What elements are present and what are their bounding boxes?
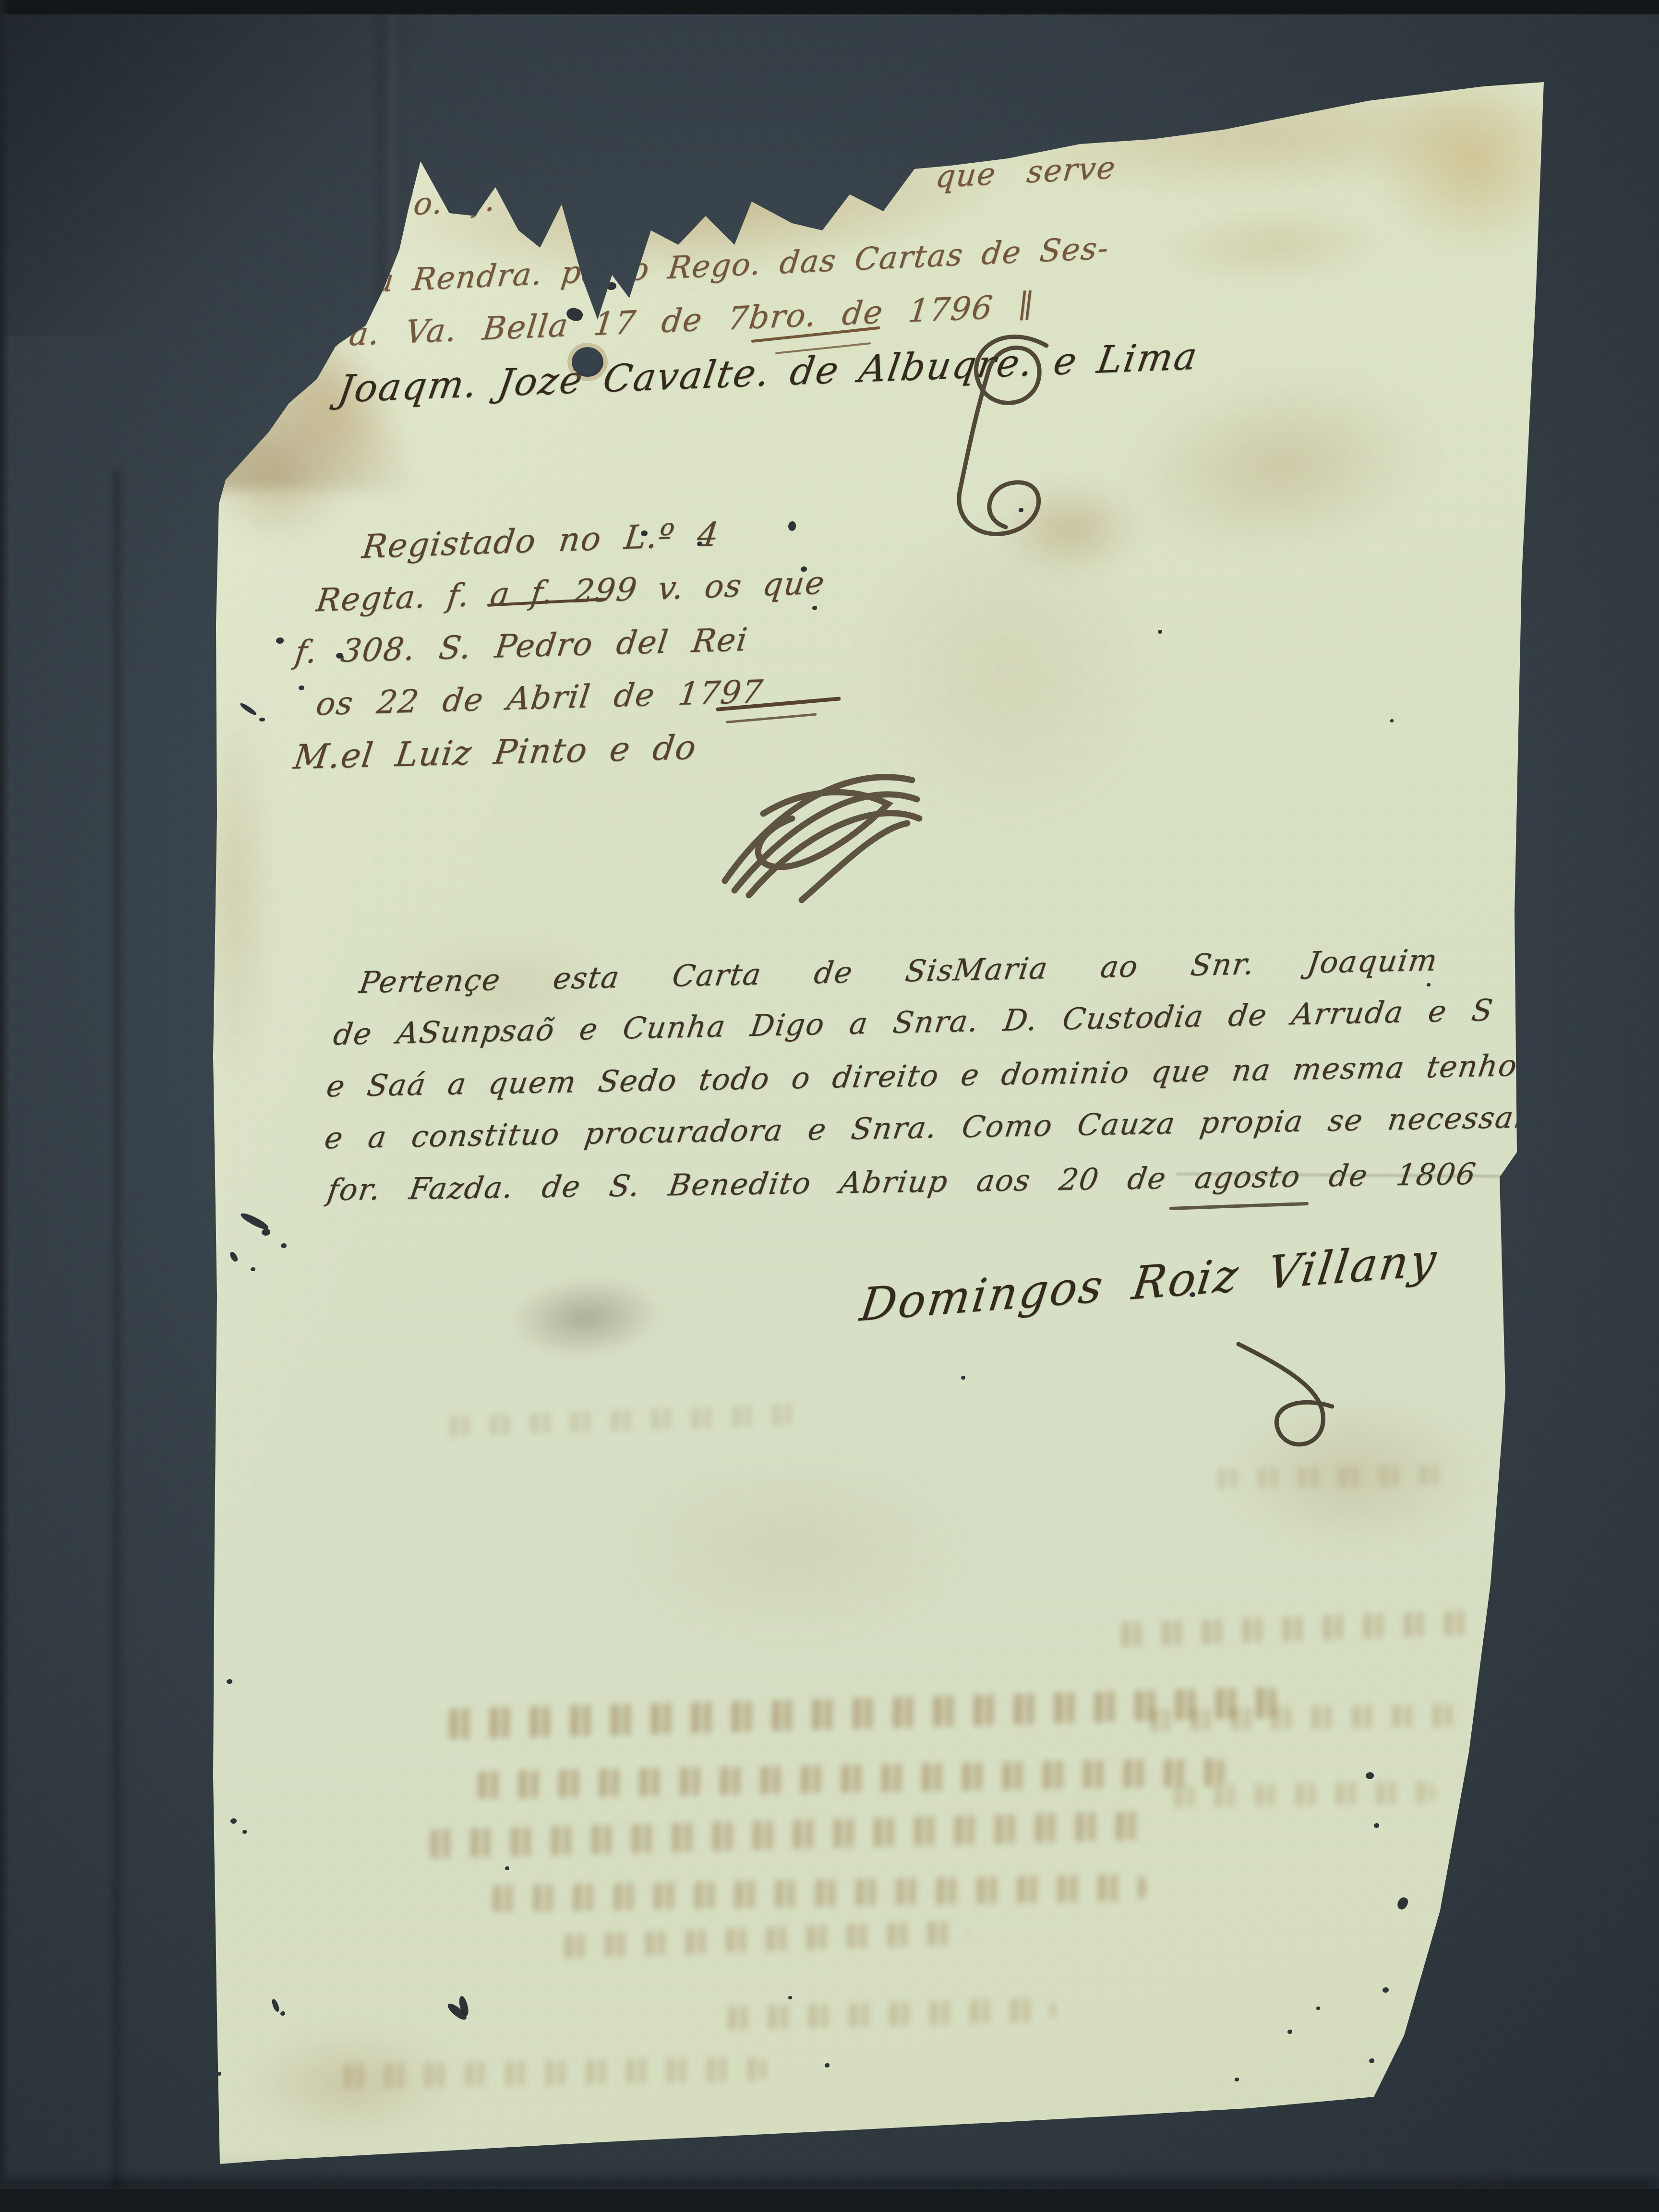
ink-blot <box>262 1229 270 1236</box>
document-photo: Regdo. f. 18 ——— do L. 3.º que serve nes… <box>0 0 1659 2212</box>
ink-blot <box>697 541 702 546</box>
paper-stain <box>505 1270 666 1365</box>
ink-blot <box>271 1998 280 2012</box>
ink-blot <box>227 1679 232 1684</box>
paper-stain <box>1122 360 1441 572</box>
ink-blot <box>1390 719 1394 722</box>
ink-blot <box>1190 1292 1195 1297</box>
paper-stain <box>202 696 269 1080</box>
bleedthrough-text-ghost <box>720 1998 1056 2031</box>
bleedthrough-text-ghost <box>1142 1703 1460 1732</box>
registration-note-line: Registado no L.º 4 <box>360 516 721 566</box>
ink-blot <box>1287 2030 1292 2034</box>
ink-blot <box>276 637 284 644</box>
photo-corner-shadow <box>0 0 432 336</box>
paper-stain <box>1397 2029 1430 2085</box>
ink-blot <box>801 566 807 572</box>
ink-blot <box>1382 1987 1389 1993</box>
bleedthrough-text-ghost <box>485 1874 1148 1912</box>
ink-blot <box>1158 630 1162 634</box>
registration-note-line: os 22 de Abril de 1797 <box>314 673 765 722</box>
ink-blot <box>242 1830 247 1834</box>
bleedthrough-text-ghost <box>441 1403 806 1437</box>
bleedthrough-text-ghost <box>422 1811 1157 1859</box>
ink-blot <box>812 606 817 610</box>
ink-blot <box>1395 1896 1409 1911</box>
ink-blot <box>280 2011 285 2016</box>
background-cloth-crease <box>113 470 128 2212</box>
ink-blot <box>1019 508 1023 512</box>
ink-blot <box>505 1866 509 1870</box>
ink-blot <box>788 521 796 531</box>
bleedthrough-text-ghost <box>470 1758 1229 1799</box>
ink-underline-1806 <box>1169 1202 1309 1210</box>
clerk-signature: Domingos Roiz Villany <box>857 1233 1441 1332</box>
ink-blot <box>336 653 343 659</box>
ink-blot <box>230 1818 237 1824</box>
ink-blot <box>641 530 648 536</box>
ink-blot <box>281 1243 287 1248</box>
ink-blot <box>299 685 304 690</box>
ink-underline-1797 <box>726 713 817 723</box>
paper-stain <box>624 1464 960 1632</box>
ink-blot <box>961 1376 965 1380</box>
transfer-note-line: e a constituo procuradora e Snra. Como C… <box>323 1099 1561 1155</box>
ink-blot <box>606 282 616 290</box>
ink-blot <box>217 2072 221 2076</box>
ink-blot <box>1366 1772 1374 1779</box>
wormhole <box>572 347 603 377</box>
transfer-note-line: e Saá a quem Sedo todo o direito e domin… <box>325 1048 1520 1104</box>
ink-blot <box>1427 983 1431 986</box>
ink-blot <box>228 1250 239 1262</box>
ink-blot <box>251 1267 255 1271</box>
bleedthrough-text-ghost <box>1113 1610 1479 1647</box>
registration-note-line: M.el Luiz Pinto e do <box>291 728 699 777</box>
registration-note-line: f. 308. S. Pedro del Rei <box>293 621 750 671</box>
ink-blot <box>259 718 265 721</box>
photo-edge-bottom <box>0 2189 1659 2212</box>
ink-blot <box>788 1996 792 1999</box>
transfer-note-line: for. Fazda. de S. Benedito Abriup aos 20… <box>325 1156 1479 1208</box>
paper-stain <box>1150 200 1394 289</box>
ink-blot <box>1235 2078 1239 2081</box>
bleedthrough-text-ghost <box>556 1920 970 1959</box>
photo-edge-top <box>0 0 1659 14</box>
ink-blot <box>1369 2058 1374 2063</box>
bleedthrough-text-ghost <box>1166 1781 1436 1808</box>
paper-stain <box>1373 72 1575 254</box>
clerk-rubric-flourish <box>706 746 931 910</box>
ink-blot <box>1316 2007 1320 2010</box>
ink-blot <box>825 2063 829 2068</box>
signature-flourish <box>902 331 1066 552</box>
clerk-signature-flourish <box>1210 1325 1373 1469</box>
registration-note-line: Regta. f. a f. 299 v. os que <box>314 564 827 619</box>
photo-edge-left <box>0 0 10 2212</box>
ink-blot <box>1374 1823 1379 1828</box>
